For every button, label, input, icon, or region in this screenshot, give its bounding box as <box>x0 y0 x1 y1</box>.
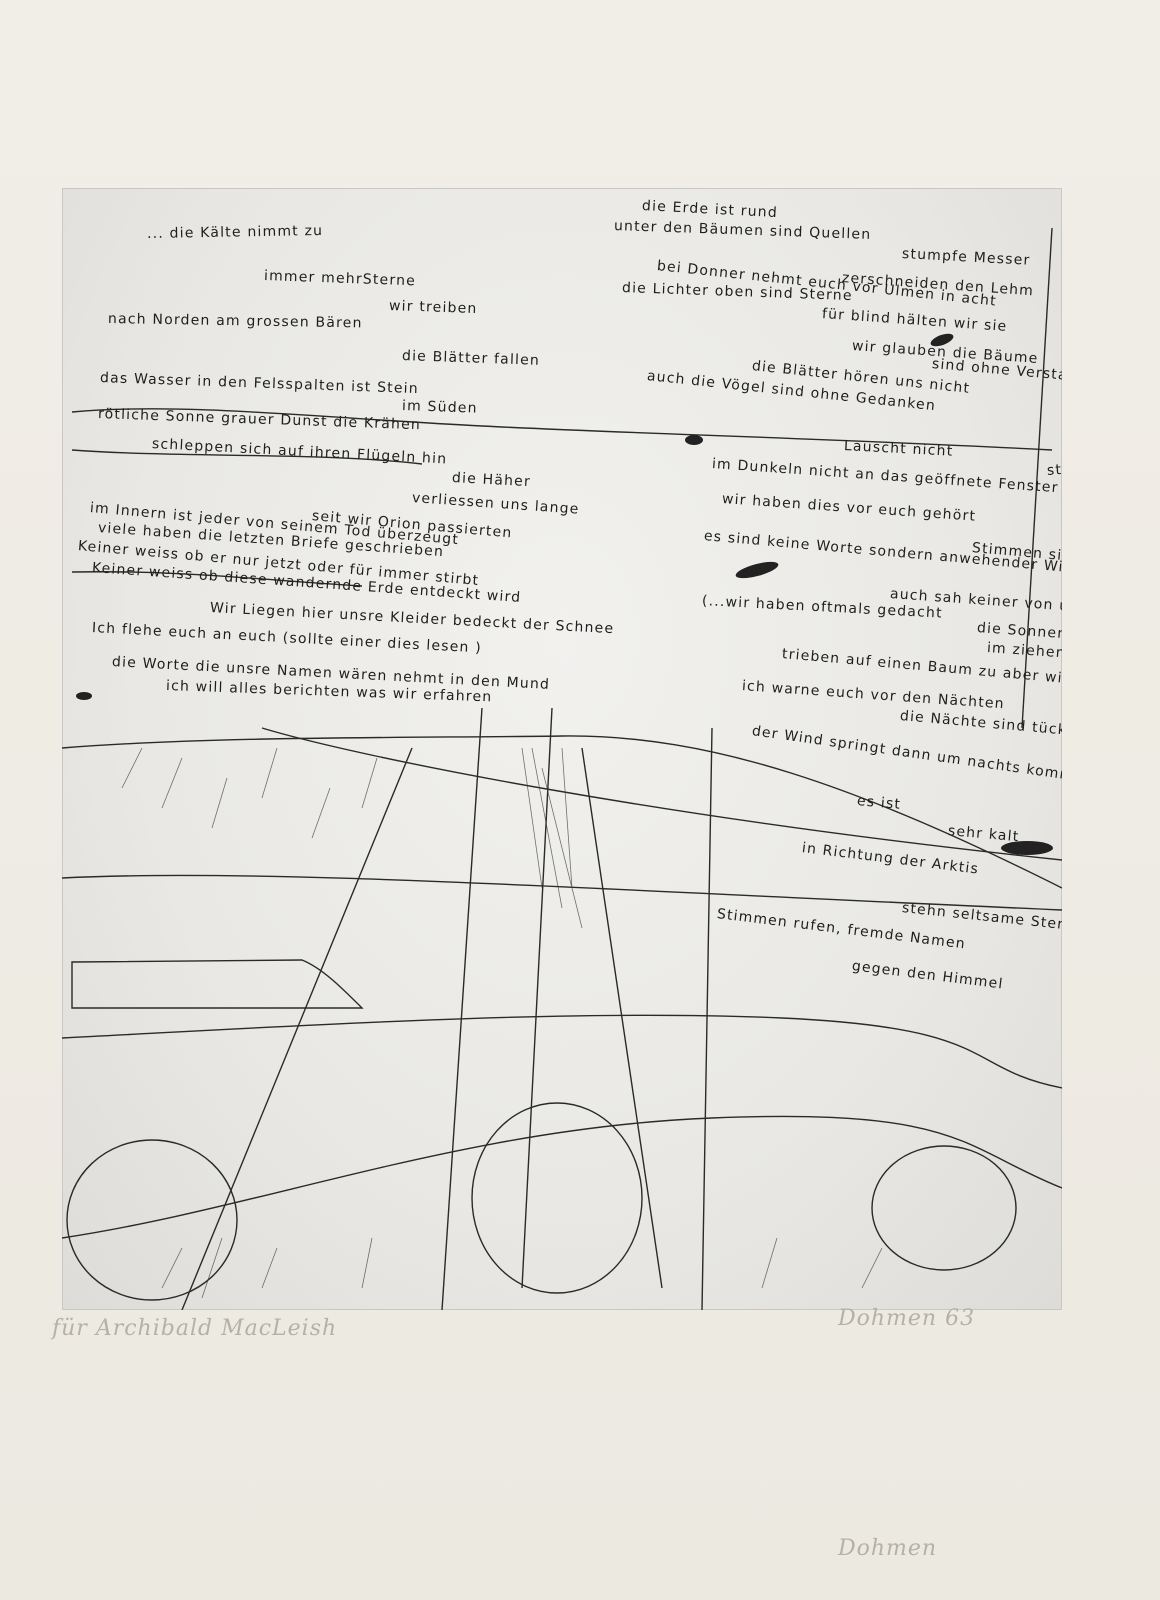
paper-sheet: ... die Kälte nimmt zuimmer mehrSternewi… <box>0 0 1160 1600</box>
sheet-signature: Dohmen <box>838 1536 937 1561</box>
verse-line: wir treiben <box>389 298 478 317</box>
etching-plate: ... die Kälte nimmt zuimmer mehrSternewi… <box>62 188 1062 1310</box>
dedication-inscription: für Archibald MacLeish <box>52 1316 337 1341</box>
plate-signature: Dohmen 63 <box>838 1306 975 1331</box>
verse-line: im Süden <box>402 398 478 417</box>
verse-line: ... die Kälte nimmt zu <box>147 223 323 242</box>
